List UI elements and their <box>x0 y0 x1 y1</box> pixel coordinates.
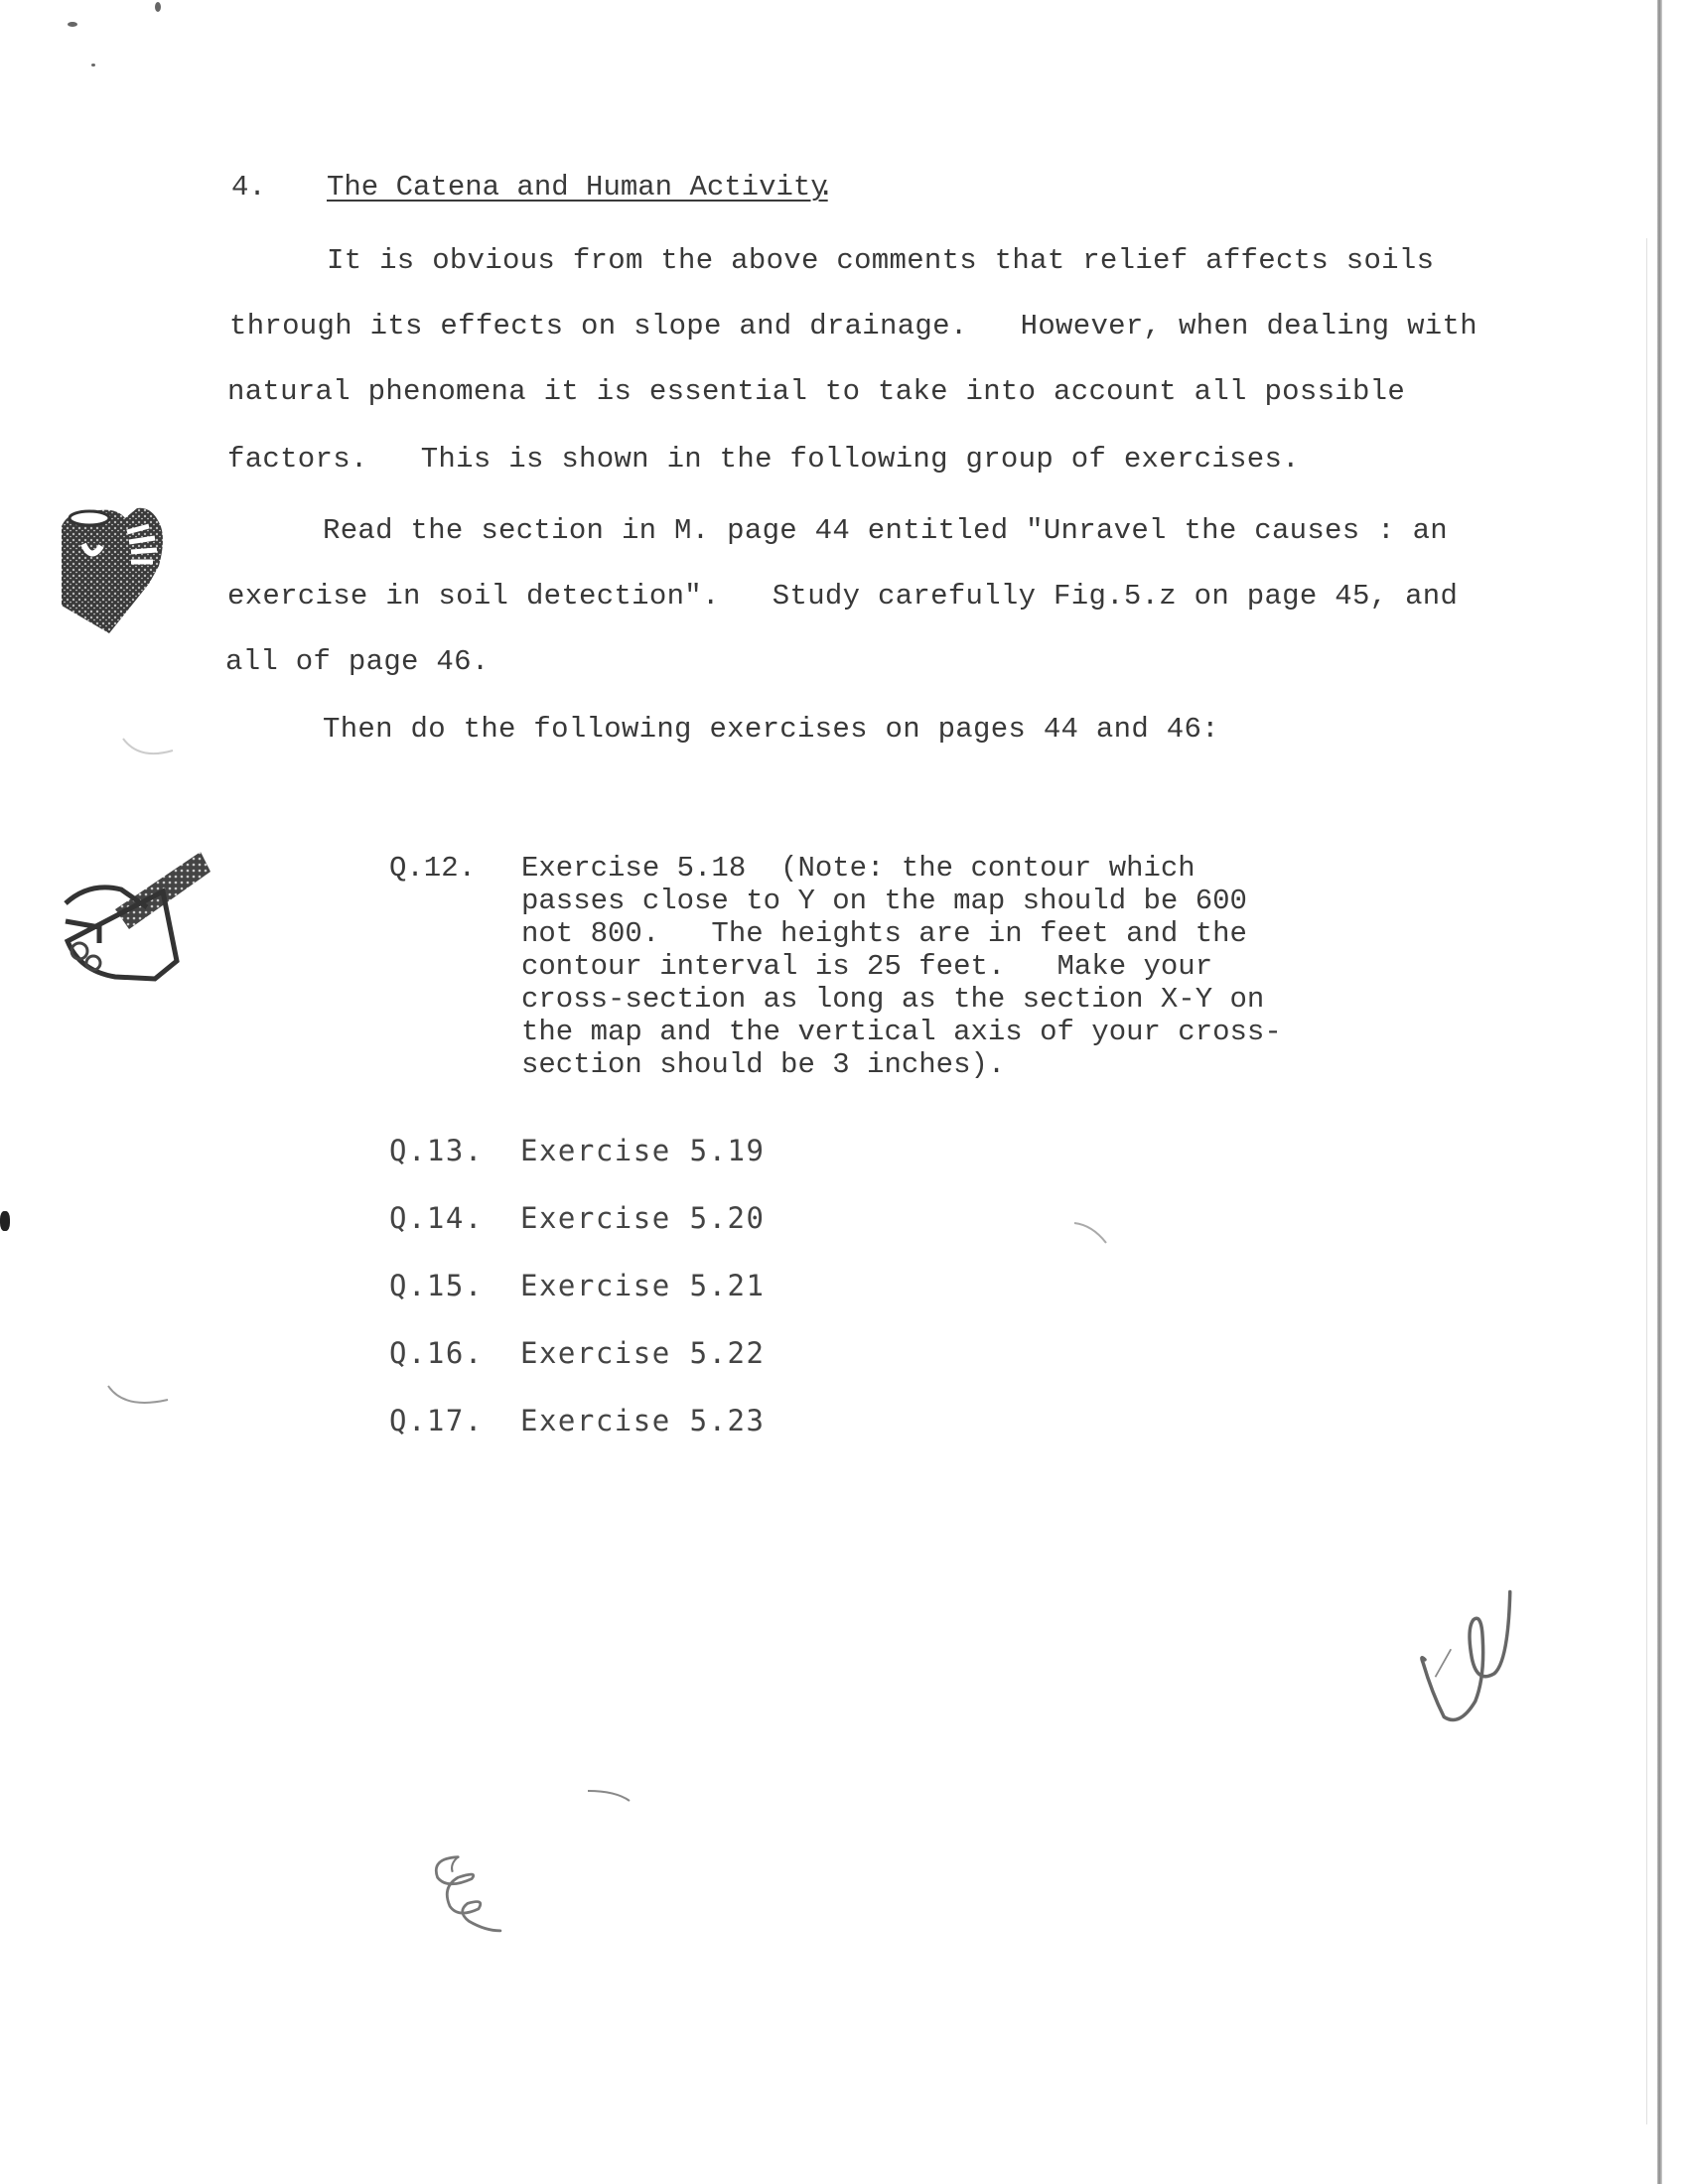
paragraph-1-line-1: It is obvious from the above comments th… <box>327 244 1434 277</box>
section-title-suffix: . <box>817 171 834 204</box>
scan-speck <box>155 2 161 12</box>
document-page: 4. The Catena and Human Activity . It is… <box>0 0 1688 2184</box>
handwritten-loop-mark <box>417 1837 526 1946</box>
question-label: Q.16. <box>389 1336 484 1370</box>
question-label: Q.14. <box>389 1201 484 1235</box>
paragraph-2-line-1: Read the section in M. page 44 entitled … <box>323 514 1448 547</box>
question-text: Exercise 5.19 <box>520 1134 765 1167</box>
question-12-line-4: contour interval is 25 feet. Make your <box>521 950 1212 983</box>
question-label: Q.15. <box>389 1269 484 1302</box>
paragraph-3-line-1: Then do the following exercises on pages… <box>323 713 1219 746</box>
question-12-line-2: passes close to Y on the map should be 6… <box>521 885 1247 917</box>
question-label: Q.13. <box>389 1134 484 1167</box>
question-12-line-6: the map and the vertical axis of your cr… <box>521 1016 1282 1048</box>
page-edge-line <box>1646 238 1647 2124</box>
question-text: Exercise 5.23 <box>520 1404 765 1437</box>
section-number: 4. <box>231 171 266 204</box>
question-text: Exercise 5.21 <box>520 1269 765 1302</box>
page-edge-shadow <box>1657 0 1662 2184</box>
question-12-line-1: Exercise 5.18 (Note: the contour which <box>521 852 1196 885</box>
scan-speck <box>91 64 95 67</box>
faint-mark <box>586 1787 635 1807</box>
section-title: The Catena and Human Activity <box>327 171 828 204</box>
paragraph-1-line-3: natural phenomena it is essential to tak… <box>227 375 1405 408</box>
question-12-line-5: cross-section as long as the section X-Y… <box>521 983 1264 1016</box>
writing-hand-icon <box>60 832 218 1001</box>
question-text: Exercise 5.22 <box>520 1336 765 1370</box>
question-12-line-7: section should be 3 inches). <box>521 1048 1005 1081</box>
paragraph-1-line-4: factors. This is shown in the following … <box>227 443 1300 476</box>
faint-mark <box>119 735 179 764</box>
reading-icon <box>60 496 169 645</box>
question-label: Q.17. <box>389 1404 484 1437</box>
paragraph-2-line-2: exercise in soil detection". Study caref… <box>227 580 1458 613</box>
question-12-line-3: not 800. The heights are in feet and the <box>521 917 1247 950</box>
scan-speck <box>68 22 77 27</box>
question-text: Exercise 5.20 <box>520 1201 765 1235</box>
handwritten-check-mark <box>1390 1573 1529 1742</box>
paragraph-1-line-2: through its effects on slope and drainag… <box>229 310 1477 342</box>
paragraph-2-line-3: all of page 46. <box>225 645 490 678</box>
scan-speck <box>0 1211 10 1231</box>
question-label: Q.12. <box>389 852 476 885</box>
faint-mark <box>104 1380 174 1420</box>
faint-mark <box>1072 1221 1112 1251</box>
